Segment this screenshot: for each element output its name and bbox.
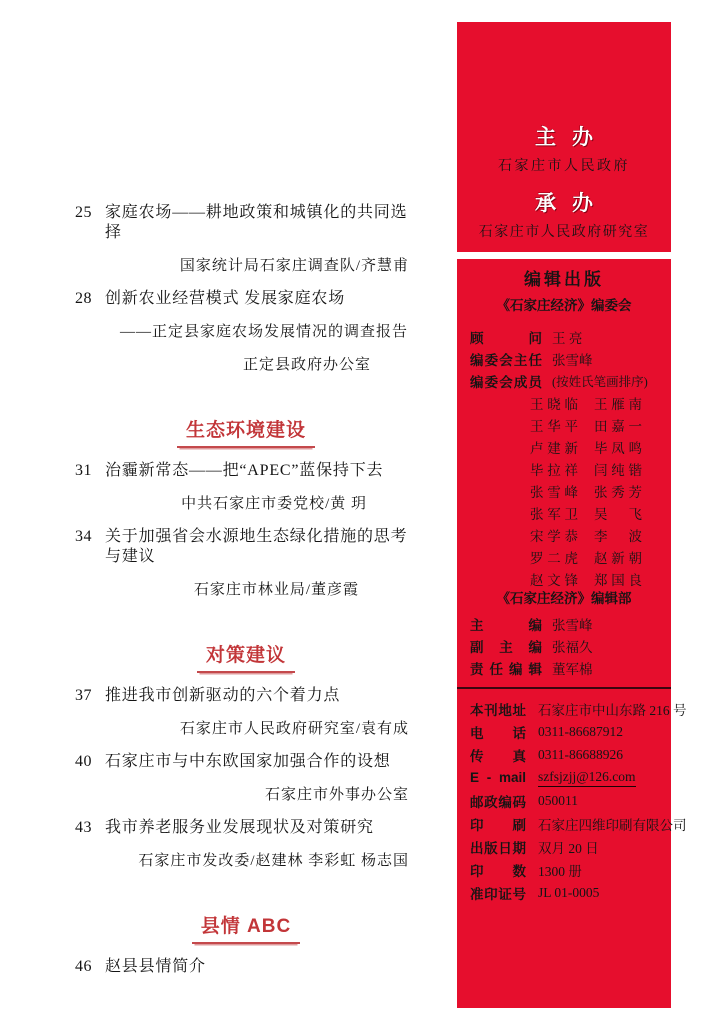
member-name: 李 波	[594, 525, 642, 545]
editorial-row: 责任编辑 董军棉	[470, 657, 658, 679]
row-value: 王 亮	[552, 327, 582, 347]
row-label: 准印证号	[470, 883, 526, 903]
toc-title: 赵县县情简介	[105, 957, 206, 977]
panel-divider	[457, 687, 671, 689]
toc-item: 43 我市养老服务业发展现状及对策研究 石家庄市发改委/赵建林 李彩虹 杨志国	[75, 818, 417, 871]
toc-author: 国家统计局石家庄调查队/齐慧甫	[75, 256, 417, 276]
row-label: 主编	[470, 614, 542, 634]
organizer-value: 石家庄市人民政府研究室	[457, 224, 671, 242]
row-label: 印刷	[470, 814, 526, 834]
member-row: 王晓临 王雁南	[530, 392, 658, 414]
license-value: JL 01-0005	[538, 885, 599, 901]
toc-author: 正定县政府办公室	[75, 355, 417, 375]
member-name: 毕凤鸣	[594, 437, 642, 457]
toc-author: 石家庄市林业局/董彦霞	[75, 580, 417, 600]
dept-title: 《石家庄经济》编辑部	[470, 590, 658, 607]
toc-page-number: 37	[75, 686, 105, 706]
member-name: 毕拉祥	[530, 459, 578, 479]
member-name: 赵新朝	[594, 547, 642, 567]
row-label: 责任编辑	[470, 658, 542, 678]
contact-row: 电话 0311-86687912	[470, 720, 658, 743]
member-row: 张军卫 吴 飞	[530, 502, 658, 524]
toc-item: 40 石家庄市与中东欧国家加强合作的设想 石家庄市外事办公室	[75, 752, 417, 805]
row-label: 印数	[470, 860, 526, 880]
toc-page-number: 34	[75, 527, 105, 567]
editorial-row: 编委会主任 张雪峰	[470, 348, 658, 370]
row-label: 邮政编码	[470, 791, 526, 811]
member-row: 赵文锋 郑国良	[530, 568, 658, 590]
row-label: E - mail	[470, 770, 526, 785]
section-heading-ecology: 生态环境建设	[75, 419, 417, 448]
toc-page-number: 28	[75, 289, 105, 309]
toc-author: 石家庄市人民政府研究室/袁有成	[75, 719, 417, 739]
toc-item: 34 关于加强省会水源地生态绿化措施的思考与建议 石家庄市林业局/董彦霞	[75, 527, 417, 600]
row-label: 编委会主任	[470, 349, 542, 369]
row-value: 张雪峰	[552, 349, 593, 369]
member-name: 罗二虎	[530, 547, 578, 567]
member-row: 王华平 田嘉一	[530, 414, 658, 436]
fax-value: 0311-86688926	[538, 747, 623, 763]
member-row: 宋学恭 李 波	[530, 524, 658, 546]
row-value: 张雪峰	[552, 614, 593, 634]
row-label: 副主编	[470, 636, 542, 656]
row-value: 董军棉	[552, 658, 593, 678]
toc-page-number: 43	[75, 818, 105, 838]
committee-title: 《石家庄经济》编委会	[470, 297, 658, 314]
member-row: 卢建新 毕凤鸣	[530, 436, 658, 458]
editorial-row: 编委会成员 (按姓氏笔画排序)	[470, 370, 658, 392]
contact-row: E - mail szfsjzjj@126.com	[470, 766, 658, 789]
toc-title: 创新农业经营模式 发展家庭农场	[105, 289, 345, 309]
toc-page-number: 46	[75, 957, 105, 977]
contact-row: 印数 1300 册	[470, 858, 658, 881]
toc-author: 石家庄市发改委/赵建林 李彩虹 杨志国	[75, 851, 417, 871]
postcode-value: 050011	[538, 793, 578, 809]
committee-members: 王晓临 王雁南 王华平 田嘉一 卢建新 毕凤鸣 毕拉祥 闫纯锴 张雪峰 张秀	[530, 392, 658, 590]
toc-title: 治霾新常态——把“APEC”蓝保持下去	[105, 461, 383, 481]
toc-item: 25 家庭农场——耕地政策和城镇化的共同选择 国家统计局石家庄调查队/齐慧甫	[75, 203, 417, 276]
member-name: 王雁南	[594, 393, 642, 413]
publishing-heading: 编辑出版	[470, 271, 658, 289]
member-name: 张雪峰	[530, 481, 578, 501]
publisher-panel: 主办 石家庄市人民政府 承办 石家庄市人民政府研究室 编辑出版 《石家庄经济》编…	[457, 22, 671, 1008]
toc-title: 石家庄市与中东欧国家加强合作的设想	[105, 752, 391, 772]
section-heading-label: 县情 ABC	[192, 915, 300, 944]
toc-title: 家庭农场——耕地政策和城镇化的共同选择	[105, 203, 417, 243]
member-row: 毕拉祥 闫纯锴	[530, 458, 658, 480]
section-heading-policy: 对策建议	[75, 644, 417, 673]
magazine-toc-page: 25 家庭农场——耕地政策和城镇化的共同选择 国家统计局石家庄调查队/齐慧甫 2…	[0, 0, 728, 1030]
section-heading-label: 生态环境建设	[177, 419, 315, 448]
host-label: 主办	[457, 126, 671, 150]
organizer-label: 承办	[457, 192, 671, 216]
row-label: 传真	[470, 745, 526, 765]
row-label: 电话	[470, 722, 526, 742]
toc-title: 推进我市创新驱动的六个着力点	[105, 686, 340, 706]
member-row: 罗二虎 赵新朝	[530, 546, 658, 568]
host-block: 主办 石家庄市人民政府 承办 石家庄市人民政府研究室	[457, 22, 671, 252]
toc-item: 28 创新农业经营模式 发展家庭农场 ——正定县家庭农场发展情况的调查报告 正定…	[75, 289, 417, 375]
member-name: 赵文锋	[530, 569, 578, 589]
contact-row: 准印证号 JL 01-0005	[470, 881, 658, 904]
contact-row: 邮政编码 050011	[470, 789, 658, 812]
member-name: 田嘉一	[594, 415, 642, 435]
toc-item: 31 治霾新常态——把“APEC”蓝保持下去 中共石家庄市委党校/黄 玥	[75, 461, 417, 514]
editorial-row: 副主编 张福久	[470, 635, 658, 657]
row-value: 张福久	[552, 636, 593, 656]
toc-page-number: 31	[75, 461, 105, 481]
editorial-block: 编辑出版 《石家庄经济》编委会 顾问 王 亮 编委会主任 张雪峰 编委会成员 (…	[457, 259, 671, 1008]
member-name: 郑国良	[594, 569, 642, 589]
member-name: 张军卫	[530, 503, 578, 523]
toc-page-number: 25	[75, 203, 105, 243]
toc-title: 我市养老服务业发展现状及对策研究	[105, 818, 374, 838]
editorial-row: 主编 张雪峰	[470, 613, 658, 635]
editorial-row: 顾问 王 亮	[470, 326, 658, 348]
contact-row: 出版日期 双月 20 日	[470, 835, 658, 858]
member-name: 张秀芳	[594, 481, 642, 501]
member-name: 闫纯锴	[594, 459, 642, 479]
section-heading-label: 对策建议	[197, 644, 295, 673]
row-label: 顾问	[470, 327, 542, 347]
member-name: 卢建新	[530, 437, 578, 457]
contact-row: 本刊地址 石家庄市中山东路 216 号	[470, 697, 658, 720]
row-label: 出版日期	[470, 837, 526, 857]
member-name: 王华平	[530, 415, 578, 435]
printer-value: 石家庄四维印刷有限公司	[538, 814, 687, 834]
member-name: 吴 飞	[594, 503, 642, 523]
toc-author: 石家庄市外事办公室	[75, 785, 417, 805]
toc-item: 46 赵县县情简介	[75, 957, 417, 977]
row-value: (按姓氏笔画排序)	[552, 372, 648, 390]
section-heading-county: 县情 ABC	[75, 915, 417, 944]
printrun-value: 1300 册	[538, 860, 582, 880]
contact-row: 传真 0311-86688926	[470, 743, 658, 766]
contact-row: 印刷 石家庄四维印刷有限公司	[470, 812, 658, 835]
member-name: 宋学恭	[530, 525, 578, 545]
toc-item: 37 推进我市创新驱动的六个着力点 石家庄市人民政府研究室/袁有成	[75, 686, 417, 739]
toc-page-number: 40	[75, 752, 105, 772]
toc-author: 中共石家庄市委党校/黄 玥	[75, 494, 417, 514]
toc-column: 25 家庭农场——耕地政策和城镇化的共同选择 国家统计局石家庄调查队/齐慧甫 2…	[75, 203, 417, 990]
member-row: 张雪峰 张秀芳	[530, 480, 658, 502]
pubdate-value: 双月 20 日	[538, 837, 599, 857]
toc-subtitle: ——正定县家庭农场发展情况的调查报告	[120, 322, 417, 342]
email-value: szfsjzjj@126.com	[538, 769, 636, 787]
member-name: 王晓临	[530, 393, 578, 413]
toc-title: 关于加强省会水源地生态绿化措施的思考与建议	[105, 527, 417, 567]
host-value: 石家庄市人民政府	[457, 158, 671, 176]
row-value: 石家庄市中山东路 216 号	[538, 699, 687, 719]
row-label: 本刊地址	[470, 699, 526, 719]
row-label: 编委会成员	[470, 371, 542, 391]
phone-value: 0311-86687912	[538, 724, 623, 740]
